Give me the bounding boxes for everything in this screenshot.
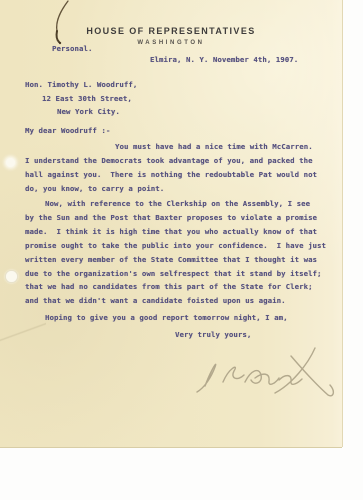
body-line: written every member of the State Commit…	[25, 253, 325, 267]
body-line: that we had no candidates from this part…	[25, 280, 325, 294]
personal-label: Personal.	[52, 44, 92, 53]
body-line: Hoping to give you a good report tomorro…	[25, 311, 325, 325]
body-line: promise ought to take the public into yo…	[25, 239, 325, 253]
recipient-street: 12 East 30th Street,	[42, 94, 132, 103]
salutation: My dear Woodruff :-	[25, 126, 110, 135]
valediction: Very truly yours,	[175, 330, 251, 339]
punch-hole	[6, 158, 15, 167]
body-line: by the Sun and the Post that Baxter prop…	[25, 211, 325, 225]
body-line: made. I think it is high time that you w…	[25, 225, 325, 239]
paragraph-1: You must have had a nice time with McCar…	[25, 140, 325, 196]
letterhead-title: HOUSE OF REPRESENTATIVES	[0, 26, 342, 36]
letter-body: You must have had a nice time with McCar…	[25, 140, 325, 325]
body-line: do, you know, to carry a point.	[25, 182, 325, 196]
paragraph-3: Hoping to give you a good report tomorro…	[25, 311, 325, 325]
body-line: due to the organization's own selfrespec…	[25, 267, 325, 281]
signature	[185, 340, 345, 402]
dateline: Elmira, N. Y. November 4th, 1907.	[150, 55, 298, 64]
paragraph-2: Now, with reference to the Clerkship on …	[25, 197, 325, 308]
body-line: I understand the Democrats took advantag…	[25, 154, 325, 168]
recipient-city: New York City.	[57, 107, 120, 116]
body-line: and that we didn't want a candidate fois…	[25, 294, 325, 308]
scan-background: { "letterhead": { "title": "HOUSE OF REP…	[0, 0, 363, 500]
body-line: Now, with reference to the Clerkship on …	[25, 197, 325, 211]
recipient-name: Hon. Timothy L. Woodruff,	[25, 80, 137, 89]
body-line: hall against you. There is nothing the r…	[25, 168, 325, 182]
letter-paper: HOUSE OF REPRESENTATIVES WASHINGTON Pers…	[0, 0, 342, 447]
punch-hole	[6, 271, 17, 282]
fold-crease	[0, 322, 46, 342]
body-line: You must have had a nice time with McCar…	[25, 140, 325, 154]
